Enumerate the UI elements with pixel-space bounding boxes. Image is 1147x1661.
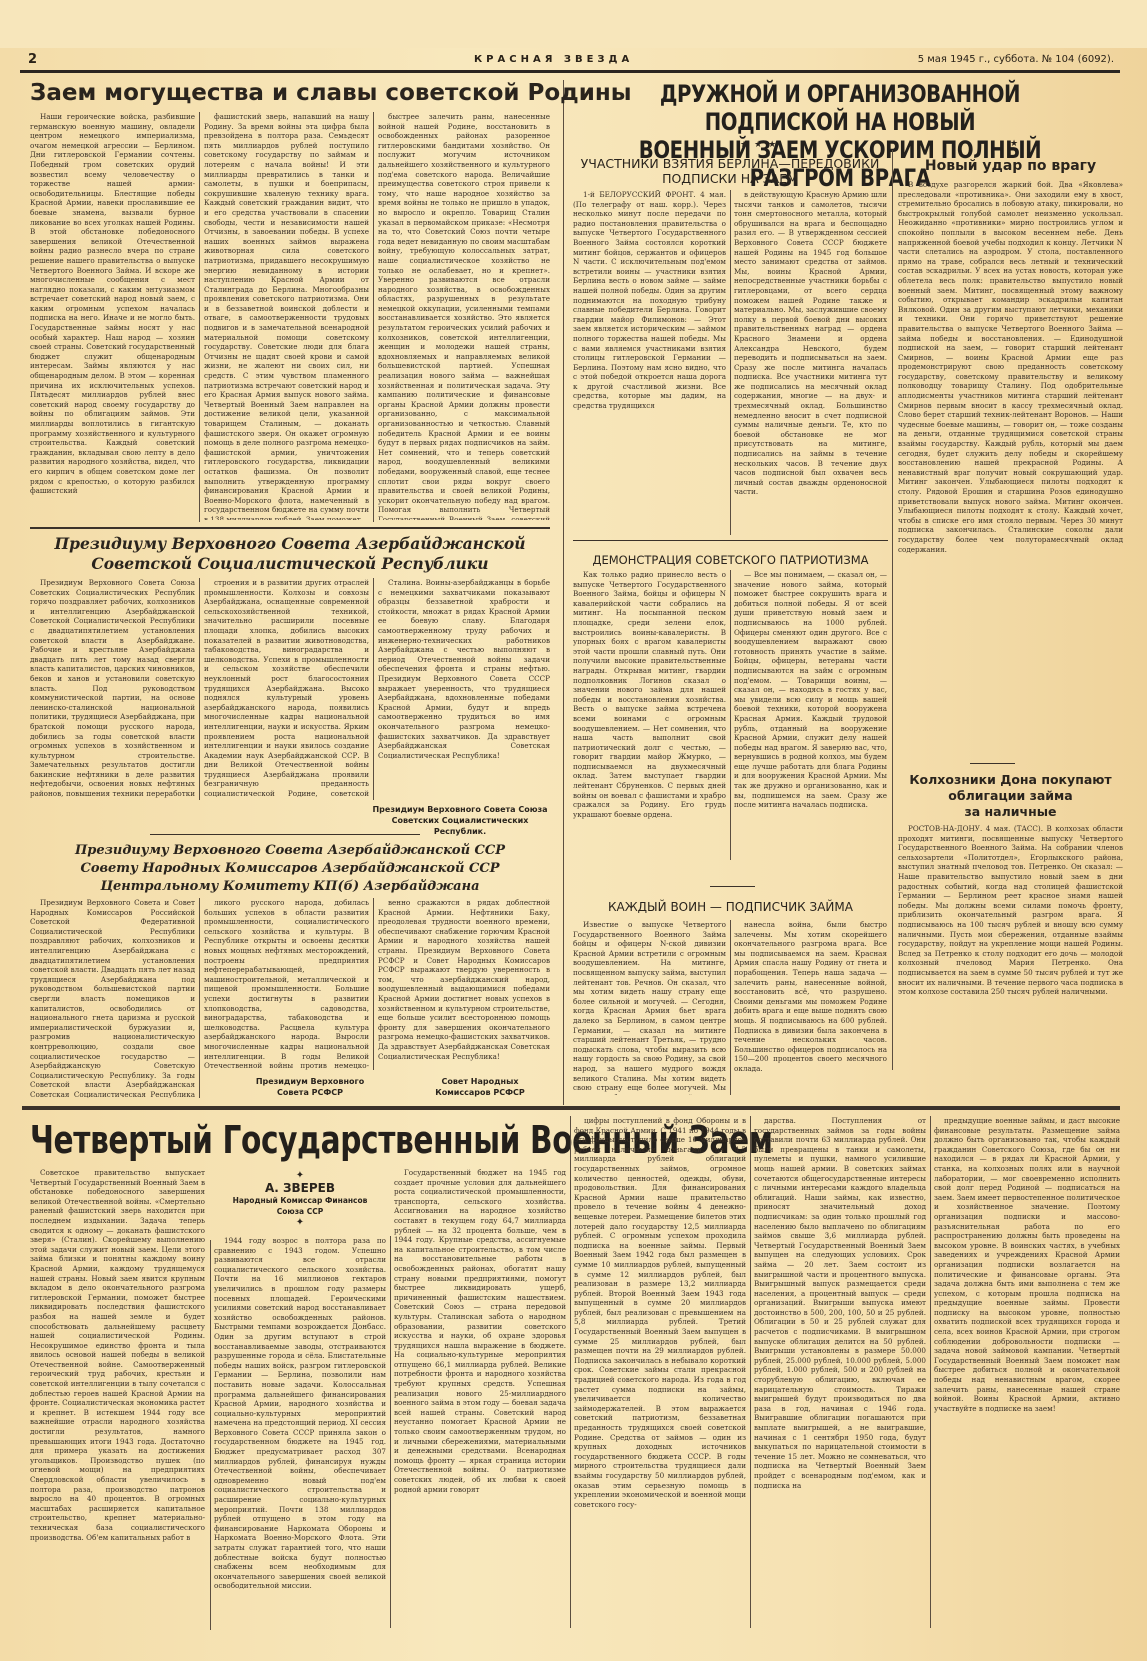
right-column-divider	[892, 150, 893, 1070]
column-divider	[373, 898, 374, 1070]
newspaper-page: 2 КРАСНАЯ ЗВЕЗДА 5 мая 1945 г., суббота.…	[0, 0, 1147, 1661]
paper-name: КРАСНАЯ ЗВЕЗДА	[474, 54, 633, 65]
column-divider	[199, 898, 200, 1098]
page-number: 2	[28, 52, 37, 67]
az1-column-2: строения и в развитии других отраслей пр…	[204, 578, 369, 800]
az2-column-1: Президиум Верховного Совета и Совет Наро…	[30, 898, 195, 1098]
column-divider	[199, 112, 200, 522]
paragraph: в действующую Красную Армию шли тысячи т…	[734, 190, 887, 497]
paragraph: строения и в развитии других отраслей пр…	[204, 578, 369, 800]
signature-line: Президиум Верховного Совета Союза	[370, 804, 550, 815]
headline-kolkhoz-don: Колхозники Дона покупают облигации займа…	[898, 772, 1123, 820]
paragraph: ликого русского народа, добилась больших…	[204, 898, 369, 1070]
chetvertyi-column-5: дарства. Поступления от государственных …	[754, 1116, 926, 1628]
column-divider	[930, 1116, 931, 1628]
paragraph: фашистский зверь, напавший на нашу Родин…	[204, 112, 369, 520]
headline-demonstration: ДЕМОНСТРАЦИЯ СОВЕТСКОГО ПАТРИОТИЗМА	[573, 553, 888, 568]
headline-line: УЧАСТНИКИ ВЗЯТИЯ БЕРЛИНА—ПЕРЕДОВИКИ	[575, 156, 885, 171]
short-rule	[710, 886, 755, 887]
chetvertyi-column-6: предыдущие военные займы, и даст высокие…	[934, 1116, 1120, 1628]
demonstration-column-1: Как только радио принесло весть о выпуск…	[573, 570, 726, 862]
author-block: ✦ А. ЗВЕРЕВ Народный Комиссар Финансов С…	[210, 1170, 390, 1228]
headline-line: Колхозники Дона покупают	[898, 772, 1123, 788]
paragraph: Сталина. Воины-азербайджанцы в борьбе с …	[378, 578, 550, 760]
column-divider	[199, 578, 200, 800]
short-rule	[970, 763, 1015, 764]
author-name: А. ЗВЕРЕВ	[210, 1181, 390, 1195]
author-role: Народный Комиссар Финансов	[210, 1195, 390, 1206]
star-ornament: ★	[1010, 139, 1024, 149]
az2-column-2: ликого русского народа, добилась больших…	[204, 898, 369, 1070]
headline-zaem: Заем могущества и славы советской Родины	[30, 80, 550, 106]
headline-line: облигации займа	[898, 788, 1123, 804]
paragraph: нанесла война, были быстро залечены. Мы …	[734, 920, 887, 1074]
demonstration-column-2: — Все мы понимаем, — сказал он, — значен…	[734, 570, 887, 862]
column-divider	[730, 570, 731, 860]
paragraph: Государственный бюджет на 1945 год созда…	[394, 1168, 566, 1494]
paragraph: венно сражаются в рядах доблестной Красн…	[378, 898, 550, 1061]
headline-line: ДРУЖНОЙ И ОРГАНИЗОВАННОЙ ПОДПИСКОЙ НА НО…	[627, 80, 1053, 136]
paragraph: 1-й БЕЛОРУССКИЙ ФРОНТ. 4 мая. (По телегр…	[573, 190, 726, 411]
paragraph: Президиум Верховного Совета Союза Советс…	[30, 578, 195, 800]
az1-column-1: Президиум Верховного Совета Союза Советс…	[30, 578, 195, 800]
chetvertyi-column-3: Государственный бюджет на 1945 год созда…	[394, 1168, 566, 1628]
berlin-column-2: в действующую Красную Армию шли тысячи т…	[734, 190, 887, 535]
paragraph: Президиум Верховного Совета и Совет Наро…	[30, 898, 195, 1098]
headline-az1: Президиуму Верховного Совета Азербайджан…	[30, 534, 550, 574]
short-rule	[150, 834, 420, 835]
kolkhoz-don-text: РОСТОВ-НА-ДОНУ. 4 мая. (ТАСС). В колхоза…	[898, 824, 1123, 1099]
headline-az2: Президиуму Верховного Совета Азербайджан…	[60, 842, 520, 896]
zaem-column-1: Наши героические войска, разбившие герма…	[30, 112, 195, 520]
paragraph: — Все мы понимаем, — сказал он, — значен…	[734, 570, 887, 810]
signature-line: Президиум Верховного	[240, 1076, 380, 1087]
chetvertyi-column-1: Советское правительство выпускает Четвер…	[30, 1168, 205, 1628]
column-divider	[750, 1116, 751, 1628]
masthead: 2 КРАСНАЯ ЗВЕЗДА 5 мая 1945 г., суббота.…	[14, 52, 1114, 70]
paragraph: предыдущие военные займы, и даст высокие…	[934, 1116, 1120, 1413]
column-divider	[373, 112, 374, 522]
paragraph: В воздухе разгорелся жаркий бой. Два «Як…	[898, 180, 1123, 554]
signature-presidium-rsfsr: Президиум Верховного Совета РСФСР	[240, 1076, 380, 1098]
paragraph: цифры поступлений в фонд Обороны и в фон…	[574, 1116, 746, 1509]
headline-line: Президиуму Верховного Совета Азербайджан…	[60, 842, 520, 860]
author-role: Союза ССР	[210, 1206, 390, 1217]
column-divider	[390, 1236, 391, 1628]
paragraph: быстрее залечить раны, нанесенные войной…	[378, 112, 550, 520]
zaem-column-3: быстрее залечить раны, нанесенные войной…	[378, 112, 550, 520]
signature-sovnarkom-rsfsr: Совет Народных Комиссаров РСФСР	[410, 1076, 550, 1098]
masthead-rule	[20, 70, 1120, 73]
headline-line: Совету Народных Комиссаров Азербайджанск…	[60, 860, 520, 878]
center-divider	[563, 80, 564, 1105]
headline-line: ПОДПИСКИ НА ЗАЕМ	[575, 171, 885, 186]
headline-berlin: УЧАСТНИКИ ВЗЯТИЯ БЕРЛИНА—ПЕРЕДОВИКИ ПОДП…	[575, 156, 885, 186]
paragraph: 1944 году возрос в полтора раза по сравн…	[214, 1236, 386, 1591]
stars-ornament: ★★★	[740, 140, 782, 150]
column-divider	[570, 1116, 571, 1628]
kazhdy-voin-column-1: Известие о выпуске Четвертого Государств…	[573, 920, 726, 1095]
headline-kazhdy-voin: КАЖДЫЙ ВОИН — ПОДПИСЧИК ЗАЙМА	[573, 900, 888, 915]
signature-line: Совета РСФСР	[240, 1087, 380, 1098]
chetvertyi-column-2: 1944 году возрос в полтора раза по сравн…	[214, 1236, 386, 1628]
zaem-column-2: фашистский зверь, напавший на нашу Родин…	[204, 112, 369, 520]
az1-column-3: Сталина. Воины-азербайджанцы в борьбе с …	[378, 578, 550, 778]
signature-line: Комиссаров РСФСР	[410, 1087, 550, 1098]
kazhdy-voin-column-2: нанесла война, были быстро залечены. Мы …	[734, 920, 887, 1095]
paragraph: РОСТОВ-НА-ДОНУ. 4 мая. (ТАСС). В колхоза…	[898, 824, 1123, 997]
section-rule	[30, 527, 550, 529]
column-divider	[210, 1240, 211, 1630]
headline-line: Президиуму Верховного Совета Азербайджан…	[30, 534, 550, 554]
headline-line: Советской Социалистической Республики	[30, 554, 550, 574]
column-divider	[730, 190, 731, 535]
diamond-ornament: ✦	[210, 1217, 390, 1228]
issue-date: 5 мая 1945 г., суббота. № 104 (6092).	[918, 54, 1114, 65]
section-rule	[573, 540, 888, 541]
headline-chetvertyi: Четвертый Государственный Военный Заем	[30, 1118, 436, 1162]
chetvertyi-column-4: цифры поступлений в фонд Обороны и в фон…	[574, 1116, 746, 1628]
page-top-margin	[0, 0, 1147, 48]
diamond-ornament: ✦	[210, 1170, 390, 1181]
az2-column-3: венно сражаются в рядах доблестной Красн…	[378, 898, 550, 1070]
novy-udar-text: В воздухе разгорелся жаркий бой. Два «Як…	[898, 180, 1123, 750]
paragraph: Как только радио принесло весть о выпуск…	[573, 570, 726, 819]
headline-line: Центральному Комитету КП(б) Азербайджана	[60, 878, 520, 896]
column-divider	[730, 920, 731, 1095]
paragraph: Советское правительство выпускает Четвер…	[30, 1168, 205, 1542]
headline-line: за наличные	[898, 804, 1123, 820]
column-divider	[373, 578, 374, 800]
signature-line: Совет Народных	[410, 1076, 550, 1087]
section-heavy-rule	[22, 1106, 1120, 1110]
paragraph: дарства. Поступления от государственных …	[754, 1116, 926, 1490]
paragraph: Наши героические войска, разбившие герма…	[30, 112, 195, 496]
signature-presidium-ussr: Президиум Верховного Совета Союза Советс…	[370, 804, 550, 837]
headline-novy-udar: Новый удар по врагу	[898, 158, 1123, 174]
paragraph: Известие о выпуске Четвертого Государств…	[573, 920, 726, 1095]
berlin-column-1: 1-й БЕЛОРУССКИЙ ФРОНТ. 4 мая. (По телегр…	[573, 190, 726, 535]
